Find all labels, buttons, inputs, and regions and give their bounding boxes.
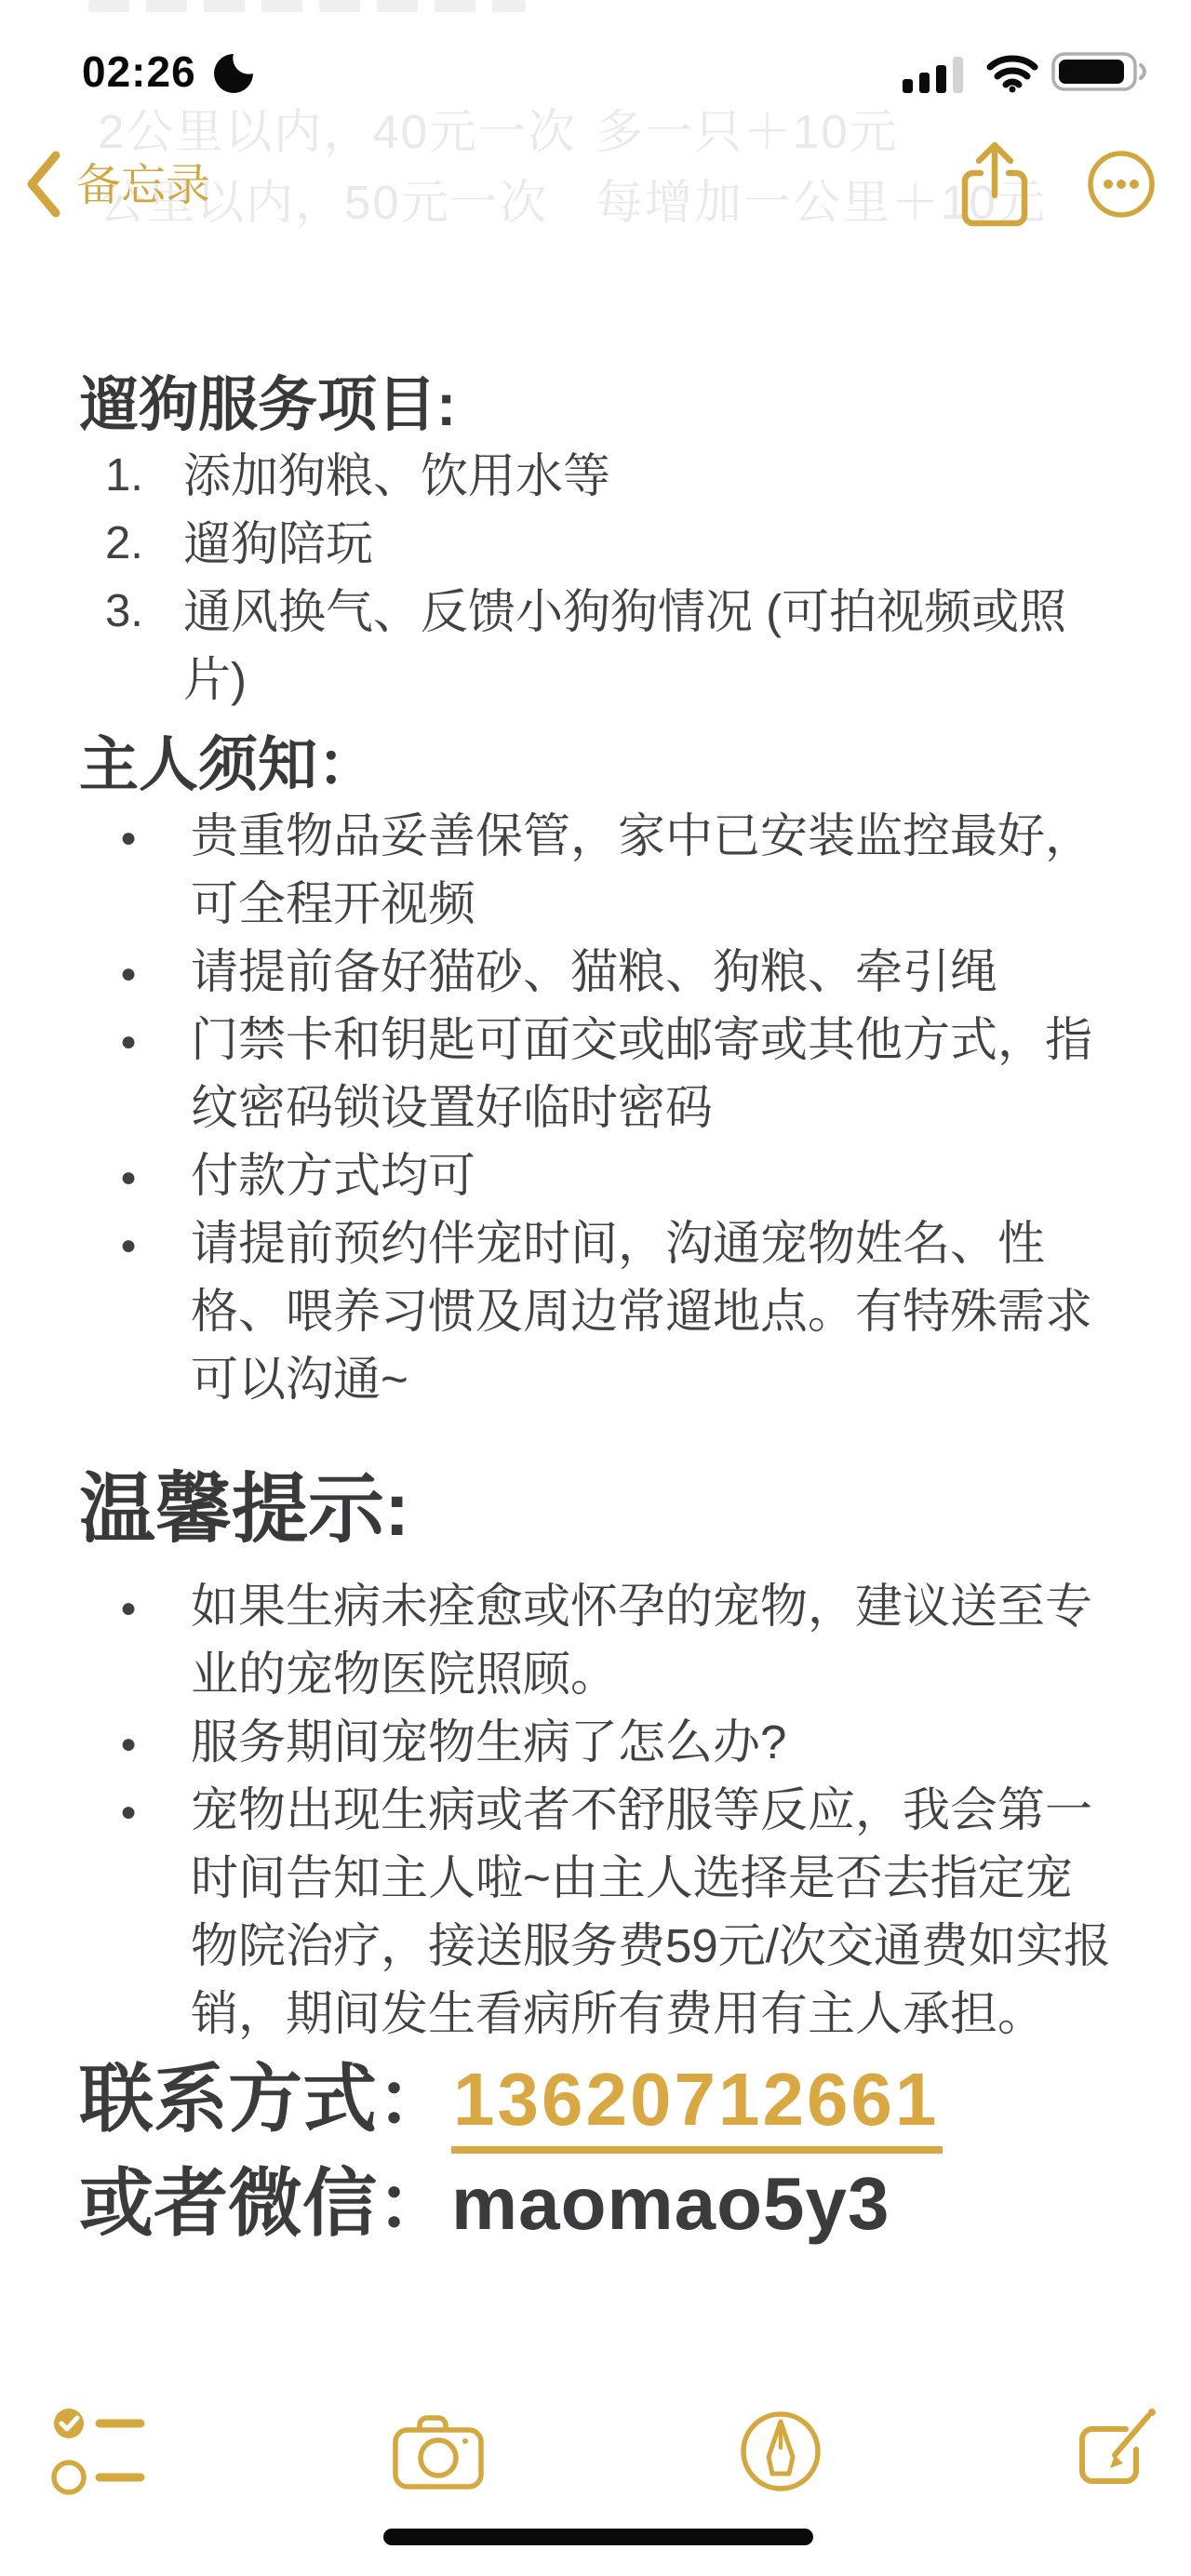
owner-notes-list: 贵重物品妥善保管，家中已安装监控最好，可全程开视频 请提前备好猫砂、猫粮、狗粮、… xyxy=(79,802,1117,1413)
wifi-icon xyxy=(986,54,1038,98)
clock-time: 02:26 xyxy=(82,47,196,97)
contact-wechat-line: 或者微信：maomao5y3 xyxy=(79,2159,1117,2249)
section-heading-services: 遛狗服务项目: xyxy=(79,367,1117,442)
list-item: 付款方式均可 xyxy=(79,1141,1117,1209)
contact-label: 联系方式： xyxy=(79,2058,451,2141)
do-not-disturb-moon-icon xyxy=(212,52,255,100)
tips-list: 如果生病未痊愈或怀孕的宠物，建议送至专业的宠物医院照顾。 服务期间宠物生病了怎么… xyxy=(79,1572,1117,2048)
section-heading-tips: 温馨提示: xyxy=(79,1463,1117,1556)
list-item: 服务期间宠物生病了怎么办? xyxy=(79,1708,1117,1776)
wechat-id: maomao5y3 xyxy=(451,2162,890,2245)
list-item: 门禁卡和钥匙可面交或邮寄或其他方式，指纹密码锁设置好临时密码 xyxy=(79,1006,1117,1141)
list-item: 宠物出现生病或者不舒服等反应，我会第一时间告知主人啦~由主人选择是否去指定宠物院… xyxy=(79,1776,1117,2048)
list-item: 如果生病未痊愈或怀孕的宠物，建议送至专业的宠物医院照顾。 xyxy=(79,1572,1117,1708)
phone-number-link[interactable]: 13620712661 xyxy=(451,2058,943,2154)
nav-bar: 备忘录 xyxy=(0,140,1191,242)
list-item: 遛狗陪玩 xyxy=(79,510,1117,578)
contact-phone-line: 联系方式：13620712661 xyxy=(79,2055,1117,2144)
chevron-left-icon xyxy=(22,150,63,223)
bottom-toolbar xyxy=(0,2386,1191,2526)
camera-icon[interactable] xyxy=(392,2412,485,2497)
checklist-icon[interactable] xyxy=(51,2399,148,2510)
markup-pen-icon[interactable] xyxy=(736,2407,825,2501)
ios-notes-screen: 2公里以内，40元一次 多一只＋10元 公里以内，50元一次 每增加一公里＋10… xyxy=(0,0,1191,2576)
cellular-signal-icon xyxy=(903,54,973,98)
back-button[interactable]: 备忘录 xyxy=(22,140,210,233)
list-item: 通风换气、反馈小狗狗情况 (可拍视频或照片) xyxy=(79,578,1117,714)
battery-icon xyxy=(1051,50,1156,98)
services-list: 添加狗粮、饮用水等 遛狗陪玩 通风换气、反馈小狗狗情况 (可拍视频或照片) xyxy=(79,442,1117,714)
section-heading-owner-notes: 主人须知： xyxy=(79,727,1117,802)
home-indicator[interactable] xyxy=(383,2529,813,2545)
list-item: 贵重物品妥善保管，家中已安装监控最好，可全程开视频 xyxy=(79,802,1117,938)
list-item: 添加狗粮、饮用水等 xyxy=(79,442,1117,510)
more-options-button[interactable] xyxy=(1085,148,1158,225)
list-item: 请提前预约伴宠时间，沟通宠物姓名、性格、喂养习惯及周边常遛地点。有特殊需求可以沟… xyxy=(79,1209,1117,1413)
note-body[interactable]: 遛狗服务项目: 添加狗粮、饮用水等 遛狗陪玩 通风换气、反馈小狗狗情况 (可拍视… xyxy=(79,367,1117,2249)
share-button[interactable] xyxy=(953,138,1037,235)
status-bar: 02:26 xyxy=(0,0,1191,140)
list-item: 请提前备好猫砂、猫粮、狗粮、牵引绳 xyxy=(79,938,1117,1006)
compose-icon[interactable] xyxy=(1066,2407,1159,2501)
wechat-label: 或者微信： xyxy=(79,2162,451,2245)
back-button-label: 备忘录 xyxy=(76,140,210,233)
